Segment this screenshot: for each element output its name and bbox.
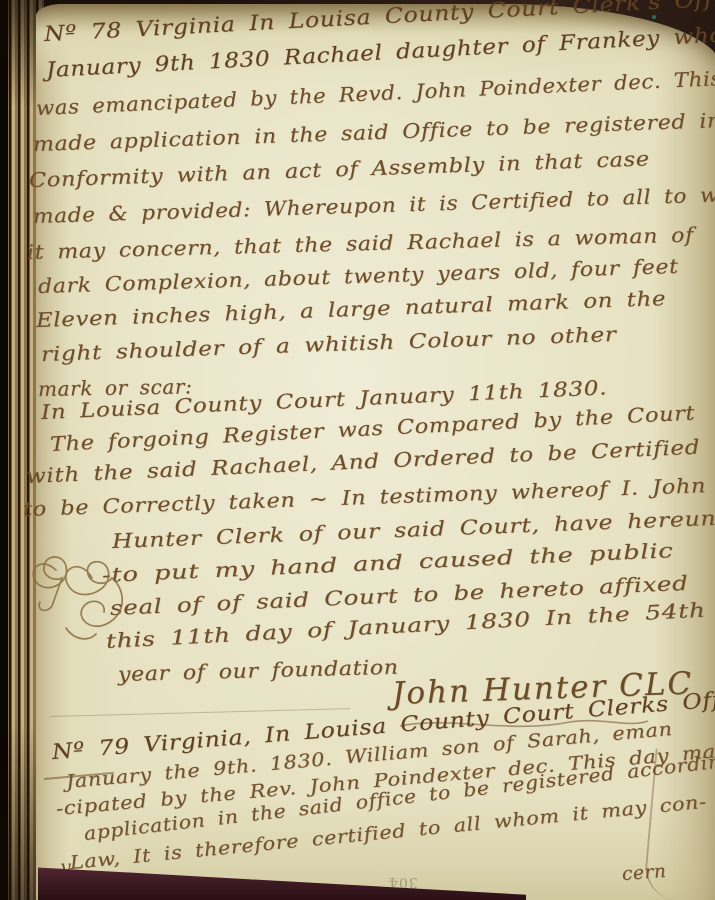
book-photo: Nº 78 Virginia In Louisa County Court Cl… <box>0 0 715 900</box>
clerk-seal-flourish <box>22 548 152 660</box>
ink-speck <box>652 15 656 19</box>
